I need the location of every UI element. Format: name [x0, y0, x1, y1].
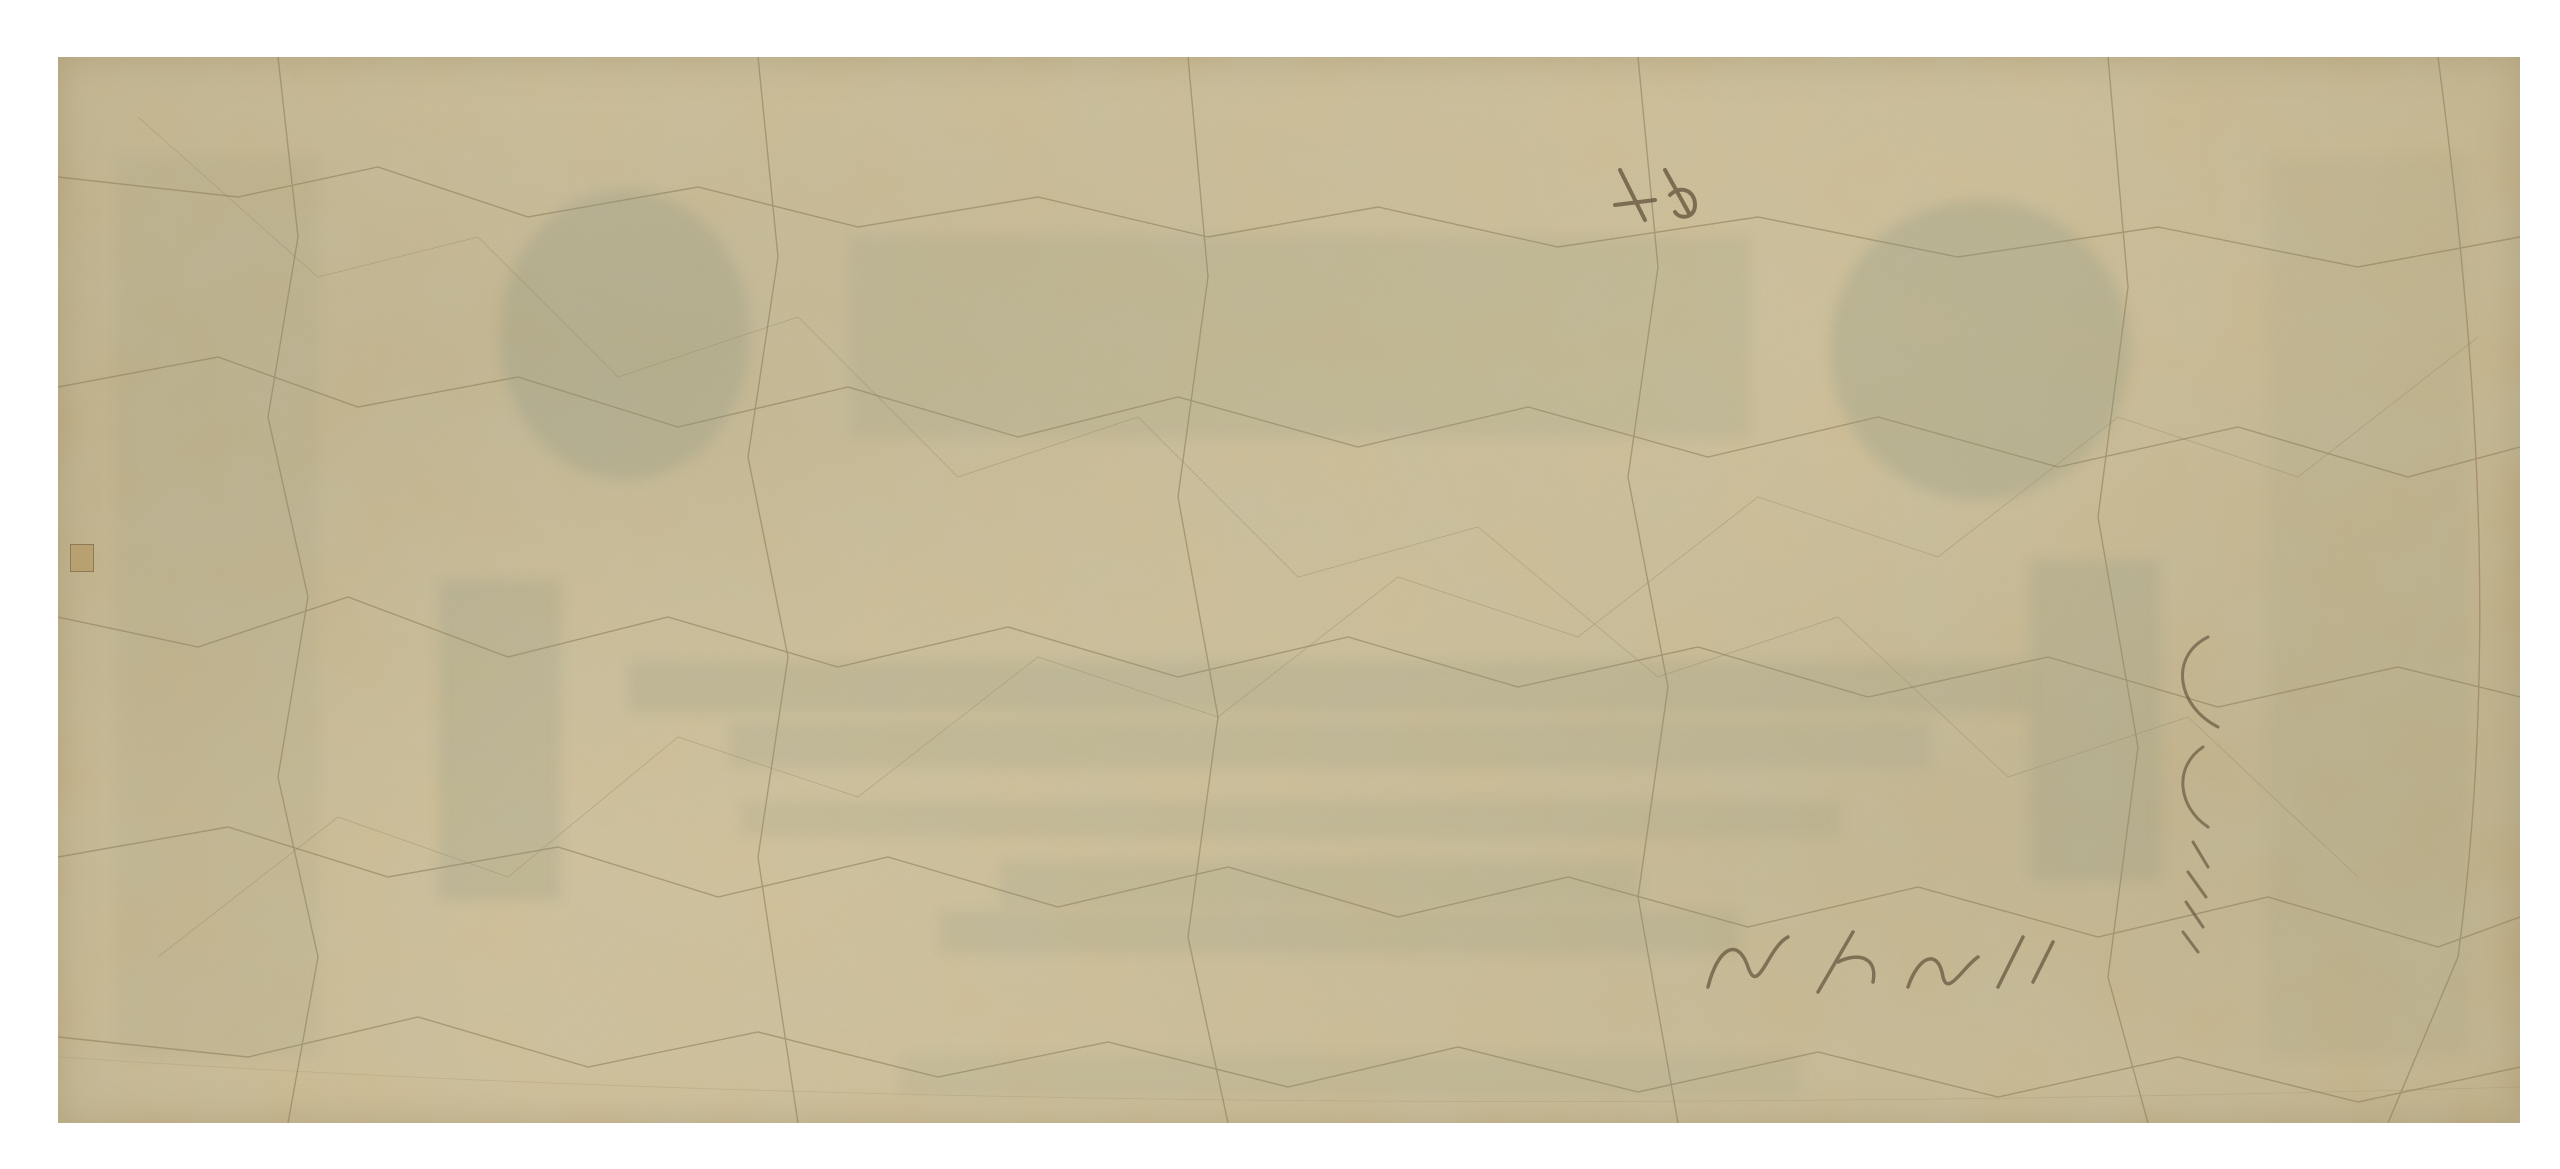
- signature-right-vertical: [2148, 617, 2248, 957]
- bottom-text-line: [900, 1055, 1800, 1095]
- left-oval-vignette: [500, 190, 750, 480]
- center-text-line-2: [730, 722, 1930, 767]
- left-edge-tab-mark: [70, 544, 94, 572]
- center-title-block: [850, 237, 1750, 437]
- number-mark-top: [1600, 150, 1720, 240]
- banknote-reverse: [58, 57, 2520, 1123]
- center-text-line-4: [1000, 862, 1640, 907]
- right-denomination-block: [2030, 560, 2160, 880]
- center-text-line-1: [630, 662, 2030, 712]
- signature-bottom-center: [1678, 907, 2098, 1017]
- left-edge-panel: [118, 157, 318, 1057]
- right-edge-panel: [2268, 157, 2468, 1057]
- right-oval-vignette: [1830, 200, 2130, 500]
- left-denomination-block: [440, 580, 560, 900]
- center-text-line-5: [940, 912, 1740, 952]
- center-text-line-3: [740, 802, 1840, 837]
